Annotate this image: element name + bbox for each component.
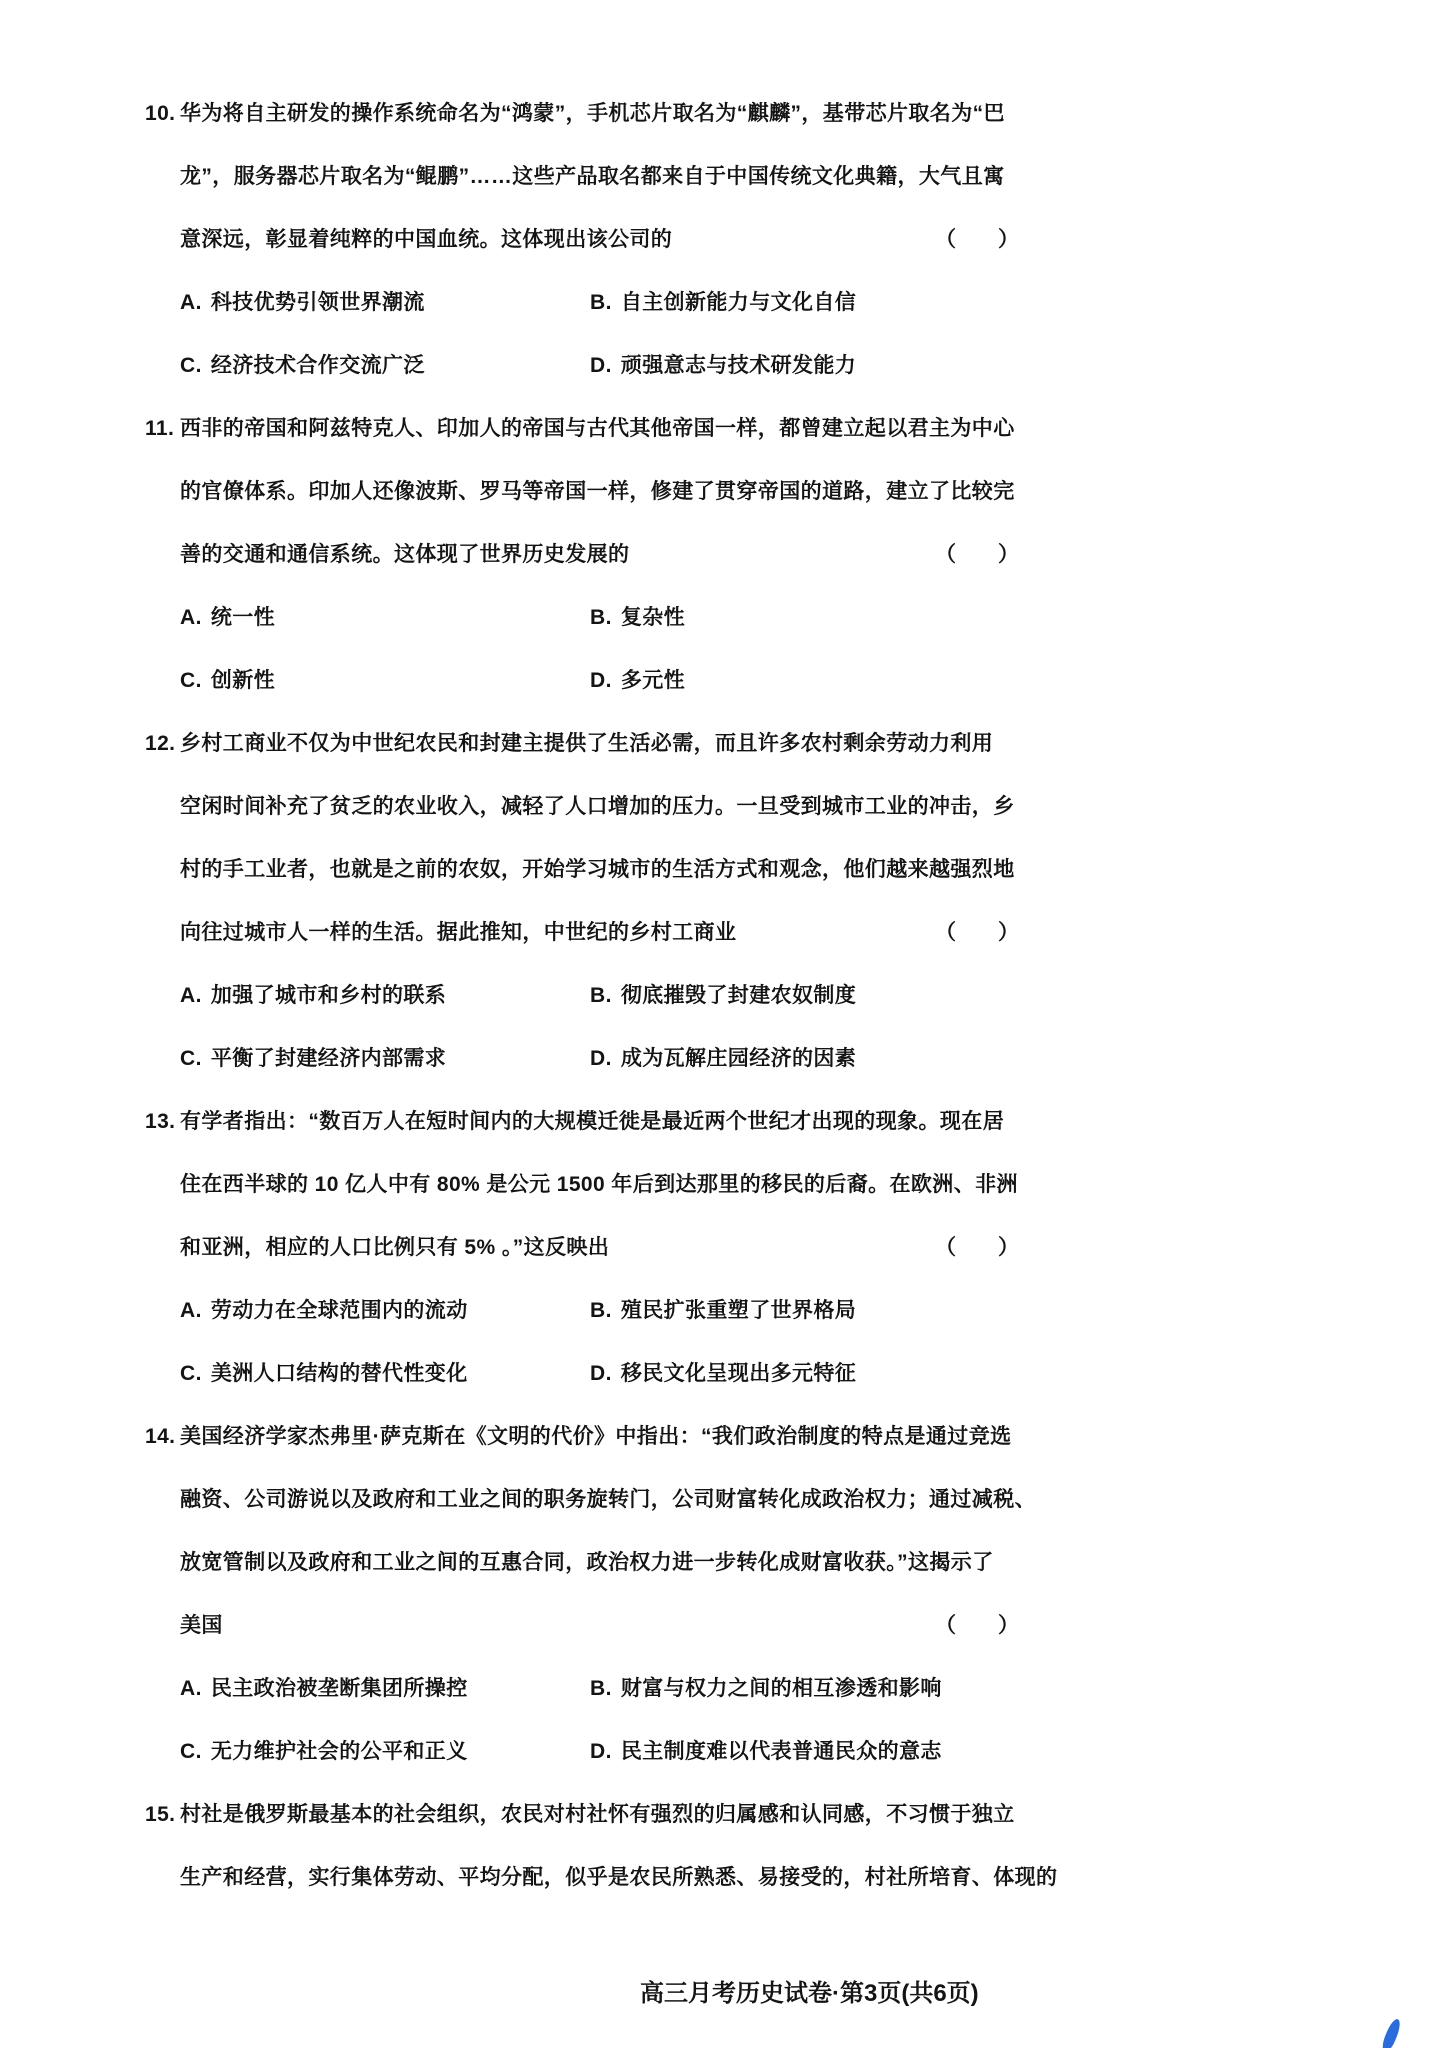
- question-line: 的官僚体系。印加人还像波斯、罗马等帝国一样，修建了贯穿帝国的道路，建立了比较完: [145, 460, 1025, 523]
- stem-text: 西非的帝国和阿兹特克人、印加人的帝国与古代其他帝国一样，都曾建立起以君主为中心: [180, 417, 1015, 440]
- option-text: 创新性: [211, 669, 275, 692]
- option-label: A.: [180, 291, 202, 314]
- stem-text: 生产和经营，实行集体劳动、平均分配，似乎是农民所熟悉、易接受的，村社所培育、体现…: [180, 1866, 1057, 1889]
- option-label: D.: [590, 1047, 612, 1070]
- option-label: C.: [180, 669, 202, 692]
- option-text: 多元性: [621, 669, 685, 692]
- option-D: D.多元性: [590, 649, 685, 712]
- question-line: 15.村社是俄罗斯最基本的社会组织，农民对村社怀有强烈的归属感和认同感，不习惯于…: [145, 1783, 1025, 1846]
- option-text: 经济技术合作交流广泛: [211, 354, 425, 377]
- stem-text: 意深远，彰显着纯粹的中国血统。这体现出该公司的: [180, 228, 672, 251]
- option-A: A.科技优势引领世界潮流: [180, 271, 425, 334]
- question-line: 向往过城市人一样的生活。据此推知，中世纪的乡村工商业 （ ）: [145, 901, 1025, 964]
- blue-pen-mark: [1380, 2017, 1403, 2048]
- question-line: 龙”，服务器芯片取名为“鲲鹏”……这些产品取名都来自于中国传统文化典籍，大气且寓: [145, 145, 1025, 208]
- stem-text: 空闲时间补充了贫乏的农业收入，减轻了人口增加的压力。一旦受到城市工业的冲击，乡: [180, 795, 1015, 818]
- option-label: C.: [180, 1740, 202, 1763]
- stem-text: 向往过城市人一样的生活。据此推知，中世纪的乡村工商业: [180, 921, 736, 944]
- answer-bracket: （ ）: [935, 523, 1019, 586]
- option-text: 科技优势引领世界潮流: [211, 291, 425, 314]
- option-text: 民主制度难以代表普通民众的意志: [621, 1740, 942, 1763]
- answer-bracket: （ ）: [935, 901, 1019, 964]
- option-B: B.殖民扩张重塑了世界格局: [590, 1279, 856, 1342]
- option-label: D.: [590, 1362, 612, 1385]
- option-text: 复杂性: [621, 606, 685, 629]
- option-A: A.劳动力在全球范围内的流动: [180, 1279, 468, 1342]
- stem-text: 有学者指出：“数百万人在短时间内的大规模迁徙是最近两个世纪才出现的现象。现在居: [180, 1110, 1004, 1133]
- option-A: A.统一性: [180, 586, 275, 649]
- question-number: 11.: [145, 397, 180, 460]
- question-line: 14.美国经济学家杰弗里·萨克斯在《文明的代价》中指出：“我们政治制度的特点是通…: [145, 1405, 1025, 1468]
- answer-bracket: （ ）: [935, 208, 1019, 271]
- option-D: D.民主制度难以代表普通民众的意志: [590, 1720, 942, 1783]
- option-label: C.: [180, 354, 202, 377]
- stem-text: 善的交通和通信系统。这体现了世界历史发展的: [180, 543, 629, 566]
- question-number: 14.: [145, 1405, 180, 1468]
- question-13: 13.有学者指出：“数百万人在短时间内的大规模迁徙是最近两个世纪才出现的现象。现…: [145, 1090, 1025, 1405]
- option-label: A.: [180, 1299, 202, 1322]
- option-label: B.: [590, 291, 612, 314]
- page-footer: 高三月考历史试卷·第3页(共6页): [640, 1972, 979, 2016]
- question-line: 11.西非的帝国和阿兹特克人、印加人的帝国与古代其他帝国一样，都曾建立起以君主为…: [145, 397, 1025, 460]
- option-B: B.财富与权力之间的相互渗透和影响: [590, 1657, 942, 1720]
- option-text: 殖民扩张重塑了世界格局: [621, 1299, 856, 1322]
- options-row: A.加强了城市和乡村的联系 B.彻底摧毁了封建农奴制度: [145, 964, 1025, 1027]
- option-B: B.复杂性: [590, 586, 685, 649]
- exam-page: 10.华为将自主研发的操作系统命名为“鸿蒙”，手机芯片取名为“麒麟”，基带芯片取…: [0, 0, 1448, 2048]
- option-text: 自主创新能力与文化自信: [621, 291, 856, 314]
- option-label: C.: [180, 1047, 202, 1070]
- option-C: C.美洲人口结构的替代性变化: [180, 1342, 468, 1405]
- question-number: 13.: [145, 1090, 180, 1153]
- option-C: C.经济技术合作交流广泛: [180, 334, 425, 397]
- question-15: 15.村社是俄罗斯最基本的社会组织，农民对村社怀有强烈的归属感和认同感，不习惯于…: [145, 1783, 1025, 1909]
- stem-text: 融资、公司游说以及政府和工业之间的职务旋转门，公司财富转化成政治权力；通过减税、: [180, 1488, 1036, 1511]
- option-text: 美洲人口结构的替代性变化: [211, 1362, 468, 1385]
- option-D: D.顽强意志与技术研发能力: [590, 334, 856, 397]
- option-C: C.无力维护社会的公平和正义: [180, 1720, 468, 1783]
- option-text: 成为瓦解庄园经济的因素: [621, 1047, 856, 1070]
- option-D: D.移民文化呈现出多元特征: [590, 1342, 856, 1405]
- option-label: D.: [590, 669, 612, 692]
- stem-text: 村社是俄罗斯最基本的社会组织，农民对村社怀有强烈的归属感和认同感，不习惯于独立: [180, 1803, 1015, 1826]
- option-D: D.成为瓦解庄园经济的因素: [590, 1027, 856, 1090]
- question-11: 11.西非的帝国和阿兹特克人、印加人的帝国与古代其他帝国一样，都曾建立起以君主为…: [145, 397, 1025, 712]
- option-label: A.: [180, 606, 202, 629]
- option-label: B.: [590, 1677, 612, 1700]
- option-text: 统一性: [211, 606, 275, 629]
- question-list: 10.华为将自主研发的操作系统命名为“鸿蒙”，手机芯片取名为“麒麟”，基带芯片取…: [145, 82, 1025, 1909]
- question-line: 10.华为将自主研发的操作系统命名为“鸿蒙”，手机芯片取名为“麒麟”，基带芯片取…: [145, 82, 1025, 145]
- option-C: C.创新性: [180, 649, 275, 712]
- option-label: A.: [180, 984, 202, 1007]
- option-label: B.: [590, 606, 612, 629]
- options-row: A.民主政治被垄断集团所操控 B.财富与权力之间的相互渗透和影响: [145, 1657, 1025, 1720]
- option-B: B.自主创新能力与文化自信: [590, 271, 856, 334]
- question-line: 生产和经营，实行集体劳动、平均分配，似乎是农民所熟悉、易接受的，村社所培育、体现…: [145, 1846, 1025, 1909]
- option-text: 民主政治被垄断集团所操控: [211, 1677, 468, 1700]
- options-row: A.劳动力在全球范围内的流动 B.殖民扩张重塑了世界格局: [145, 1279, 1025, 1342]
- question-line: 意深远，彰显着纯粹的中国血统。这体现出该公司的 （ ）: [145, 208, 1025, 271]
- stem-text: 华为将自主研发的操作系统命名为“鸿蒙”，手机芯片取名为“麒麟”，基带芯片取名为“…: [180, 102, 1005, 125]
- question-line: 空闲时间补充了贫乏的农业收入，减轻了人口增加的压力。一旦受到城市工业的冲击，乡: [145, 775, 1025, 838]
- stem-text: 美国: [180, 1614, 223, 1637]
- stem-text: 美国经济学家杰弗里·萨克斯在《文明的代价》中指出：“我们政治制度的特点是通过竞选: [180, 1425, 1012, 1448]
- question-number: 12.: [145, 712, 180, 775]
- options-row: A.统一性 B.复杂性: [145, 586, 1025, 649]
- question-line: 13.有学者指出：“数百万人在短时间内的大规模迁徙是最近两个世纪才出现的现象。现…: [145, 1090, 1025, 1153]
- question-line: 和亚洲，相应的人口比例只有 5% 。”这反映出 （ ）: [145, 1216, 1025, 1279]
- option-text: 无力维护社会的公平和正义: [211, 1740, 468, 1763]
- question-line: 住在西半球的 10 亿人中有 80% 是公元 1500 年后到达那里的移民的后裔…: [145, 1153, 1025, 1216]
- stem-text: 的官僚体系。印加人还像波斯、罗马等帝国一样，修建了贯穿帝国的道路，建立了比较完: [180, 480, 1015, 503]
- question-10: 10.华为将自主研发的操作系统命名为“鸿蒙”，手机芯片取名为“麒麟”，基带芯片取…: [145, 82, 1025, 397]
- question-line: 善的交通和通信系统。这体现了世界历史发展的 （ ）: [145, 523, 1025, 586]
- options-row: C.美洲人口结构的替代性变化 D.移民文化呈现出多元特征: [145, 1342, 1025, 1405]
- question-number: 15.: [145, 1783, 180, 1846]
- options-row: C.经济技术合作交流广泛 D.顽强意志与技术研发能力: [145, 334, 1025, 397]
- question-line: 美国 （ ）: [145, 1594, 1025, 1657]
- stem-text: 龙”，服务器芯片取名为“鲲鹏”……这些产品取名都来自于中国传统文化典籍，大气且寓: [180, 165, 1005, 188]
- stem-text: 住在西半球的 10 亿人中有 80% 是公元 1500 年后到达那里的移民的后裔…: [180, 1173, 1018, 1196]
- question-line: 融资、公司游说以及政府和工业之间的职务旋转门，公司财富转化成政治权力；通过减税、: [145, 1468, 1025, 1531]
- option-B: B.彻底摧毁了封建农奴制度: [590, 964, 856, 1027]
- stem-text: 村的手工业者，也就是之前的农奴，开始学习城市的生活方式和观念，他们越来越强烈地: [180, 858, 1015, 881]
- answer-bracket: （ ）: [935, 1594, 1019, 1657]
- options-row: C.无力维护社会的公平和正义 D.民主制度难以代表普通民众的意志: [145, 1720, 1025, 1783]
- option-label: B.: [590, 1299, 612, 1322]
- question-line: 12.乡村工商业不仅为中世纪农民和封建主提供了生活必需，而且许多农村剩余劳动力利…: [145, 712, 1025, 775]
- option-text: 移民文化呈现出多元特征: [621, 1362, 856, 1385]
- question-number: 10.: [145, 82, 180, 145]
- option-A: A.加强了城市和乡村的联系: [180, 964, 446, 1027]
- option-C: C.平衡了封建经济内部需求: [180, 1027, 446, 1090]
- option-text: 财富与权力之间的相互渗透和影响: [621, 1677, 942, 1700]
- option-text: 劳动力在全球范围内的流动: [211, 1299, 468, 1322]
- option-A: A.民主政治被垄断集团所操控: [180, 1657, 468, 1720]
- question-line: 村的手工业者，也就是之前的农奴，开始学习城市的生活方式和观念，他们越来越强烈地: [145, 838, 1025, 901]
- option-label: C.: [180, 1362, 202, 1385]
- option-text: 平衡了封建经济内部需求: [211, 1047, 446, 1070]
- stem-text: 放宽管制以及政府和工业之间的互惠合同，政治权力进一步转化成财富收获。”这揭示了: [180, 1551, 994, 1574]
- answer-bracket: （ ）: [935, 1216, 1019, 1279]
- option-text: 彻底摧毁了封建农奴制度: [621, 984, 856, 1007]
- option-label: B.: [590, 984, 612, 1007]
- option-label: D.: [590, 354, 612, 377]
- option-text: 顽强意志与技术研发能力: [621, 354, 856, 377]
- option-text: 加强了城市和乡村的联系: [211, 984, 446, 1007]
- options-row: A.科技优势引领世界潮流 B.自主创新能力与文化自信: [145, 271, 1025, 334]
- question-14: 14.美国经济学家杰弗里·萨克斯在《文明的代价》中指出：“我们政治制度的特点是通…: [145, 1405, 1025, 1783]
- stem-text: 乡村工商业不仅为中世纪农民和封建主提供了生活必需，而且许多农村剩余劳动力利用: [180, 732, 993, 755]
- question-line: 放宽管制以及政府和工业之间的互惠合同，政治权力进一步转化成财富收获。”这揭示了: [145, 1531, 1025, 1594]
- options-row: C.创新性 D.多元性: [145, 649, 1025, 712]
- option-label: A.: [180, 1677, 202, 1700]
- options-row: C.平衡了封建经济内部需求 D.成为瓦解庄园经济的因素: [145, 1027, 1025, 1090]
- option-label: D.: [590, 1740, 612, 1763]
- question-12: 12.乡村工商业不仅为中世纪农民和封建主提供了生活必需，而且许多农村剩余劳动力利…: [145, 712, 1025, 1090]
- stem-text: 和亚洲，相应的人口比例只有 5% 。”这反映出: [180, 1236, 609, 1259]
